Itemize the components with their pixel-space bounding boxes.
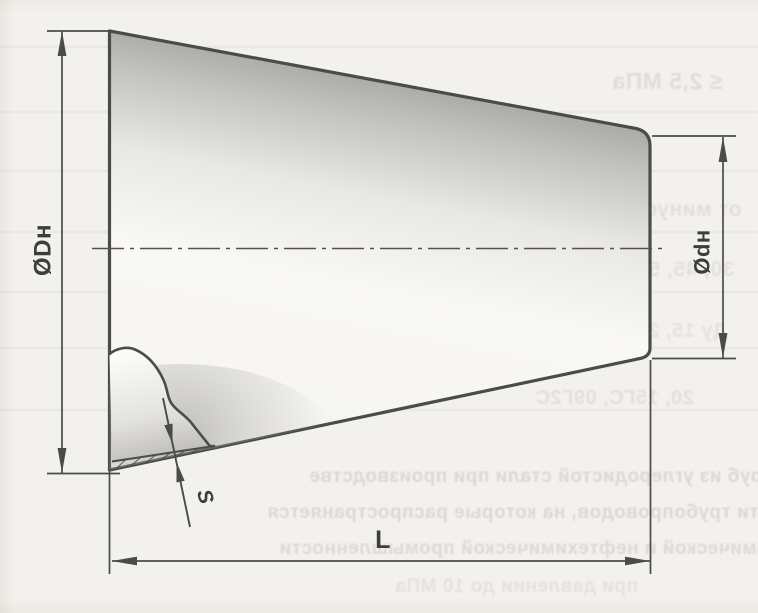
dim-label-small-diameter: Ødн [690, 229, 715, 274]
reducer-technical-drawing: S ØDн Ødн L [0, 0, 758, 613]
arrowhead-down [58, 448, 67, 473]
arrowhead-up [58, 31, 67, 56]
dim-label-large-diameter: ØDн [30, 224, 57, 276]
arrowhead-down [719, 333, 728, 358]
scanned-drawing-page: ≤ 2,5 МПа от минус 20°С до плюс 550° 30,… [0, 0, 758, 613]
thickness-arrow-lower [177, 462, 185, 483]
arrowhead-right [625, 557, 650, 566]
dim-label-wall-thickness: S [192, 487, 218, 507]
arrowhead-up [719, 137, 728, 162]
arrowhead-left [112, 557, 137, 566]
dim-label-length: L [375, 526, 391, 554]
